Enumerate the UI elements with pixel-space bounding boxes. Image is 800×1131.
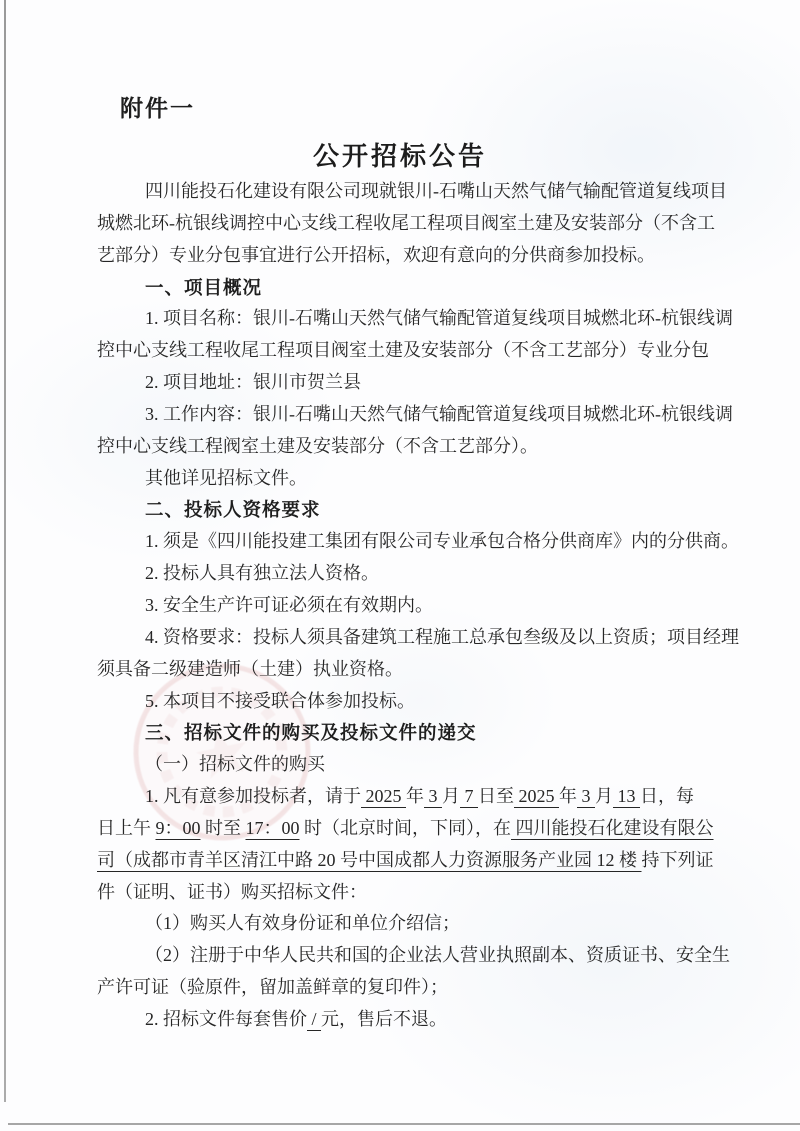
text-segment: 月 <box>442 786 460 806</box>
scanned-document-page: 附件一 公开招标公告 四川能投石化建设有限公司现就银川-石嘴山天然气储气输配管道… <box>0 0 800 1131</box>
section-heading-line: 三、招标文件的购买及投标文件的递交 <box>97 717 737 749</box>
text-segment: 2. 投标人具有独立法人资格。 <box>145 563 379 583</box>
document-text-line: 件（证明、证书）购买招标文件： <box>97 877 737 909</box>
text-segment: 控中心支线工程收尾工程项目阀室土建及安装部分（不含工艺部分）专业分包 <box>97 340 709 360</box>
document-text-line: （1）购买人有效身份证和单位介绍信； <box>97 908 737 940</box>
text-segment: 产许可证（验原件，留加盖鲜章的复印件）； <box>97 977 448 997</box>
underlined-field: / <box>307 1009 321 1029</box>
text-segment: 时至 <box>201 818 246 838</box>
document-text-line: 2. 招标文件每套售价 / 元，售后不退。 <box>97 1004 737 1036</box>
text-segment: 年 <box>406 786 424 806</box>
document-text-line: 1. 凡有意参加投标者，请于 2025 年 3 月 7 日至 2025 年 3 … <box>97 781 737 813</box>
text-segment: 须具备二级建造师（土建）执业资格。 <box>97 659 403 679</box>
document-body: 四川能投石化建设有限公司现就银川-石嘴山天然气储气输配管道复线项目城燃北环-杭银… <box>97 176 737 1036</box>
text-segment: 控中心支线工程阀室土建及安装部分（不含工艺部分）。 <box>97 436 538 456</box>
text-segment: 日至 <box>478 786 514 806</box>
document-text-line: 日上午 9：00 时至 17：00 时（北京时间，下同），在 四川能投石化建设有… <box>97 813 737 845</box>
text-segment: 4. 资格要求：投标人须具备建筑工程施工总承包叁级及以上资质；项目经理 <box>145 627 739 647</box>
text-segment: 2. 招标文件每套售价 <box>145 1009 307 1029</box>
document-title: 公开招标公告 <box>0 136 800 173</box>
document-text-line: 4. 资格要求：投标人须具备建筑工程施工总承包叁级及以上资质；项目经理 <box>97 622 737 654</box>
text-segment: 3. 工作内容：银川-石嘴山天然气储气输配管道复线项目城燃北环-杭银线调 <box>145 404 733 424</box>
document-text-line: 1. 须是《四川能投建工集团有限公司专业承包合格分供商库》内的分供商。 <box>97 526 737 558</box>
text-segment: （一）招标文件的购买 <box>145 754 325 774</box>
attachment-label: 附件一 <box>120 90 195 123</box>
text-segment: 日上午 <box>97 818 156 838</box>
text-segment: 年 <box>559 786 577 806</box>
document-text-line: 其他详见招标文件。 <box>97 463 737 495</box>
scan-edge-bottom <box>8 1123 800 1125</box>
text-segment: 一、项目概况 <box>145 277 262 298</box>
document-text-line: 司（成都市青羊区清江中路 20 号中国成都人力资源服务产业园 12 楼 持下列证 <box>97 845 737 877</box>
document-text-line: 3. 安全生产许可证必须在有效期内。 <box>97 590 737 622</box>
text-segment: 三、招标文件的购买及投标文件的递交 <box>145 722 477 743</box>
text-segment: 持下列证 <box>642 850 714 870</box>
document-text-line: 城燃北环-杭银线调控中心支线工程收尾工程项目阀室土建及安装部分（不含工 <box>97 208 737 240</box>
document-text-line: （2）注册于中华人民共和国的企业法人营业执照副本、资质证书、安全生 <box>97 940 737 972</box>
document-text-line: 3. 工作内容：银川-石嘴山天然气储气输配管道复线项目城燃北环-杭银线调 <box>97 399 737 431</box>
underlined-field: 2025 <box>361 786 406 806</box>
section-heading-line: 二、投标人资格要求 <box>97 494 737 526</box>
document-text-line: 控中心支线工程阀室土建及安装部分（不含工艺部分）。 <box>97 431 737 463</box>
text-segment: （1）购买人有效身份证和单位介绍信； <box>145 913 460 933</box>
document-text-line: 控中心支线工程收尾工程项目阀室土建及安装部分（不含工艺部分）专业分包 <box>97 335 737 367</box>
text-segment: 四川能投石化建设有限公司现就银川-石嘴山天然气储气输配管道复线项目 <box>145 181 727 201</box>
text-segment: 1. 项目名称：银川-石嘴山天然气储气输配管道复线项目城燃北环-杭银线调 <box>145 308 733 328</box>
document-text-line: 2. 投标人具有独立法人资格。 <box>97 558 737 590</box>
underlined-field: 13 <box>613 786 640 806</box>
underlined-field: 司（成都市青羊区清江中路 20 号中国成都人力资源服务产业园 12 楼 <box>97 850 642 870</box>
document-text-line: 四川能投石化建设有限公司现就银川-石嘴山天然气储气输配管道复线项目 <box>97 176 737 208</box>
text-segment: 艺部分）专业分包事宜进行公开招标，欢迎有意向的分供商参加投标。 <box>97 245 655 265</box>
text-segment: 月 <box>595 786 613 806</box>
text-segment: 元，售后不退。 <box>321 1009 447 1029</box>
document-text-line: 产许可证（验原件，留加盖鲜章的复印件）； <box>97 972 737 1004</box>
text-segment: 其他详见招标文件。 <box>145 468 307 488</box>
text-segment: 日，每 <box>640 786 694 806</box>
section-heading-line: 一、项目概况 <box>97 272 737 304</box>
underlined-field: 2025 <box>514 786 559 806</box>
underlined-field: 3 <box>424 786 442 806</box>
text-segment: 件（证明、证书）购买招标文件： <box>97 882 367 902</box>
document-text-line: 1. 项目名称：银川-石嘴山天然气储气输配管道复线项目城燃北环-杭银线调 <box>97 303 737 335</box>
text-segment: 1. 须是《四川能投建工集团有限公司专业承包合格分供商库》内的分供商。 <box>145 531 739 551</box>
document-text-line: 艺部分）专业分包事宜进行公开招标，欢迎有意向的分供商参加投标。 <box>97 240 737 272</box>
document-text-line: （一）招标文件的购买 <box>97 749 737 781</box>
text-segment: 二、投标人资格要求 <box>145 499 321 520</box>
document-text-line: 须具备二级建造师（土建）执业资格。 <box>97 654 737 686</box>
text-segment: 1. 凡有意参加投标者，请于 <box>145 786 361 806</box>
text-segment: 3. 安全生产许可证必须在有效期内。 <box>145 595 433 615</box>
text-segment: 2. 项目地址：银川市贺兰县 <box>145 372 361 392</box>
underlined-field: 17：00 <box>246 818 300 838</box>
document-text-line: 5. 本项目不接受联合体参加投标。 <box>97 686 737 718</box>
document-text-line: 2. 项目地址：银川市贺兰县 <box>97 367 737 399</box>
underlined-field: 四川能投石化建设有限公 <box>511 818 714 838</box>
underlined-field: 7 <box>460 786 478 806</box>
text-segment: 时（北京时间，下同），在 <box>300 818 512 838</box>
text-segment: （2）注册于中华人民共和国的企业法人营业执照副本、资质证书、安全生 <box>145 945 730 965</box>
text-segment: 5. 本项目不接受联合体参加投标。 <box>145 691 415 711</box>
text-segment: 城燃北环-杭银线调控中心支线工程收尾工程项目阀室土建及安装部分（不含工 <box>97 213 715 233</box>
underlined-field: 3 <box>577 786 595 806</box>
underlined-field: 9：00 <box>156 818 201 838</box>
